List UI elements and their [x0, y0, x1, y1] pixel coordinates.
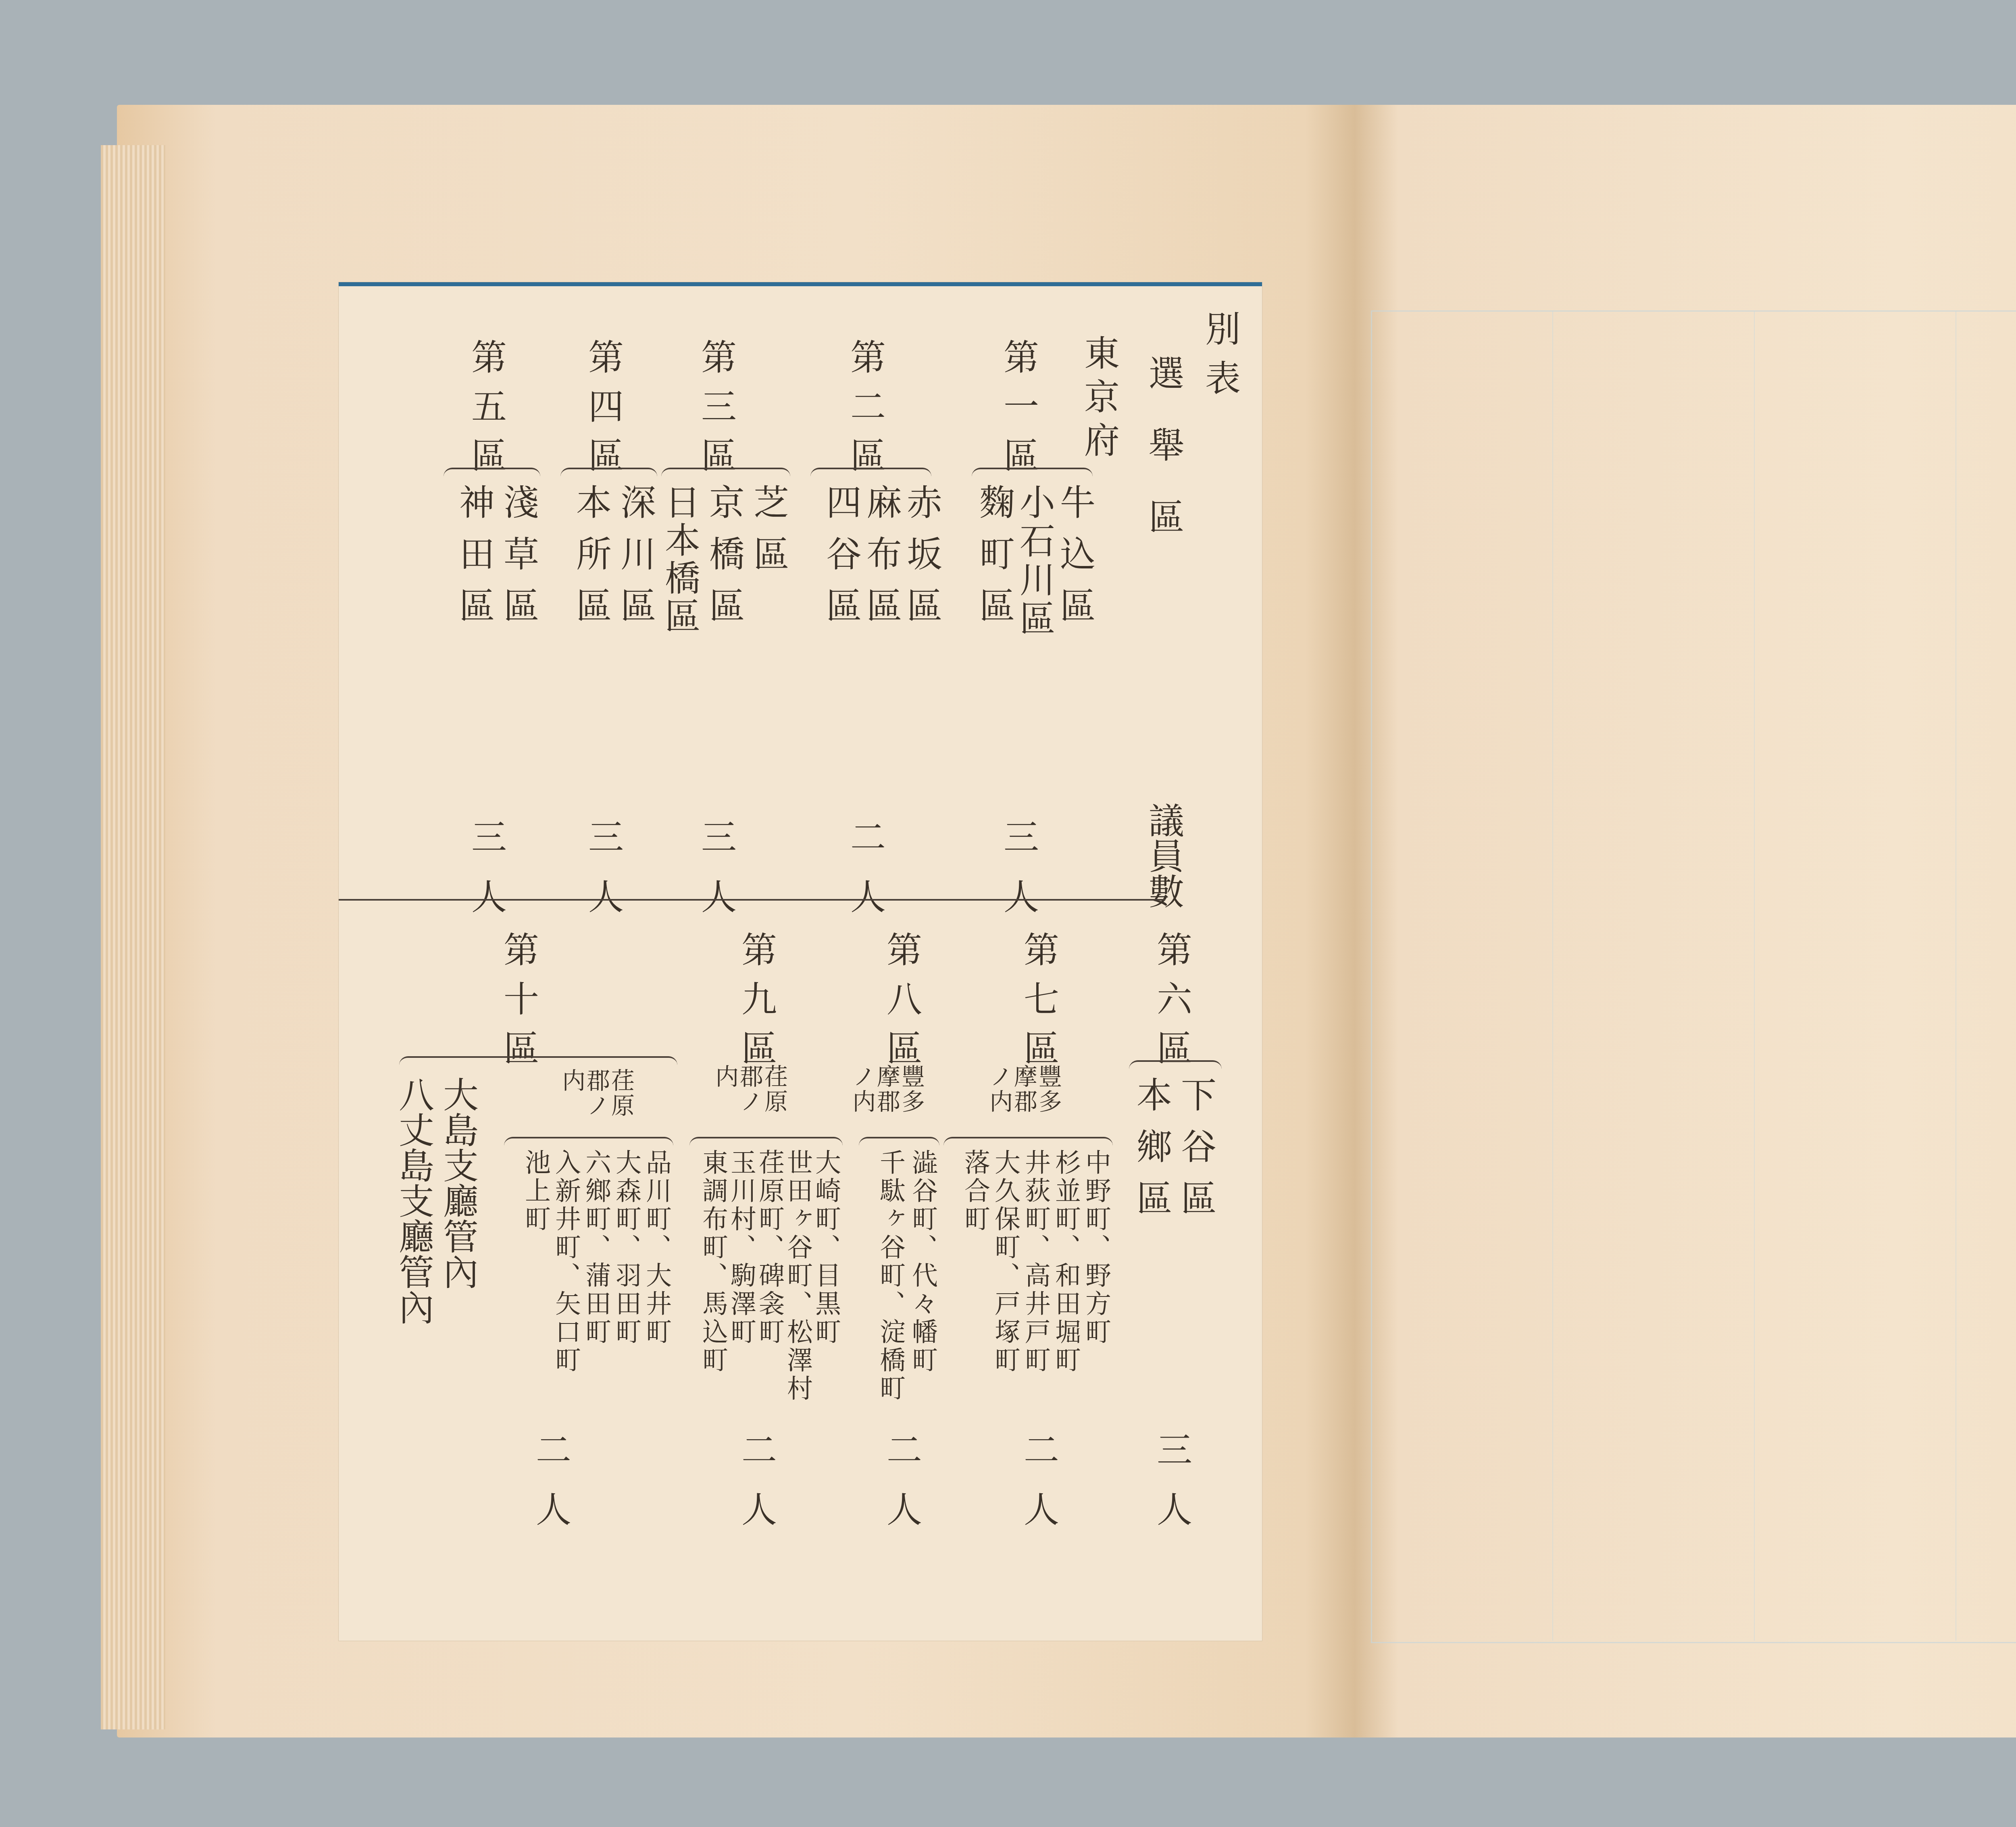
members-count: 三人: [1154, 1431, 1189, 1550]
district-name: 第一區: [1001, 339, 1036, 486]
area: 東調布町、馬込町: [700, 1149, 726, 1375]
ghost-rule: [1956, 310, 1956, 1641]
left-page-edges: [101, 145, 165, 1729]
area: 落合町: [962, 1149, 988, 1234]
area: 本所區: [573, 484, 609, 639]
open-book: 別表 選舉區 議員數 東京府 第一區 麴町區 小石川區 牛込區 三人 第二區 四…: [101, 97, 2016, 1750]
ghost-rule: [1754, 310, 1755, 1641]
area: 玉川村、駒澤町: [728, 1149, 754, 1346]
district-name: 第七區: [1021, 931, 1056, 1079]
brace: [972, 468, 1093, 477]
brace: [399, 1056, 677, 1065]
area: 日本橋區: [662, 484, 698, 635]
right-page-ghost-frame: [1371, 310, 2016, 1643]
area: 下谷區: [1178, 1076, 1214, 1231]
area: 世田ヶ谷町、松澤村: [785, 1149, 810, 1403]
district-name: 第九區: [739, 931, 774, 1079]
district-name: 第五區: [469, 339, 504, 486]
brace: [504, 1137, 673, 1146]
district-name: 第四區: [585, 339, 621, 486]
district-name: 第三區: [698, 339, 734, 486]
area: 牛込區: [1057, 484, 1093, 639]
prefecture-name: 東京府: [1081, 335, 1117, 465]
area: 池上町: [523, 1149, 548, 1234]
area: 杉並町、和田堀町: [1053, 1149, 1079, 1375]
county-name: 豐多摩郡ノ内: [850, 1064, 923, 1133]
header-district: 選舉區: [1146, 355, 1181, 570]
area: 赤坂區: [904, 484, 939, 639]
area: 入新井町、矢口町: [553, 1149, 579, 1375]
brace: [859, 1137, 939, 1146]
members-count: 二人: [533, 1431, 569, 1550]
district-name: 第六區: [1154, 931, 1189, 1079]
area: 淺草區: [501, 484, 536, 639]
members-count: 三人: [585, 818, 621, 938]
area: 深川區: [618, 484, 653, 639]
table-title: 別表: [1202, 310, 1238, 409]
area: 神田區: [456, 484, 492, 639]
area: 井荻町、高井戸町: [1023, 1149, 1048, 1375]
members-count: 三人: [1001, 818, 1036, 938]
district-name: 第八區: [884, 931, 919, 1079]
area: 六鄉町、蒲田町: [583, 1149, 609, 1346]
area: 千駄ヶ谷町、淀橋町: [877, 1149, 903, 1403]
area: 麻布區: [864, 484, 899, 639]
members-count: 二人: [884, 1431, 919, 1550]
ghost-rule: [1552, 310, 1553, 1641]
area: 澁谷町、代々幡町: [910, 1149, 935, 1375]
county-name: 荏原郡ノ内: [559, 1068, 633, 1137]
county-name: 荏原郡ノ内: [712, 1064, 786, 1133]
area: 中野町、野方町: [1083, 1149, 1109, 1346]
brace: [810, 468, 931, 477]
members-count: 二人: [848, 818, 883, 938]
table-divider: [339, 899, 1165, 901]
area: 大久保町、戸塚町: [992, 1149, 1018, 1375]
brace: [943, 1137, 1113, 1146]
area: 大森町、羽田町: [613, 1149, 639, 1346]
area: 八丈島支廳管內: [396, 1076, 431, 1325]
county-name: 豐多摩郡ノ内: [987, 1064, 1060, 1133]
district-name: 第二區: [848, 339, 883, 486]
members-count: 二人: [1021, 1431, 1056, 1550]
area: 京橋區: [706, 484, 742, 639]
header-members: 議員數: [1146, 802, 1181, 909]
brace: [560, 468, 657, 477]
area: 大崎町、目黒町: [813, 1149, 839, 1346]
brace: [689, 1137, 843, 1146]
area: 四谷區: [823, 484, 859, 639]
brace: [444, 468, 540, 477]
brace: [661, 468, 790, 477]
members-count: 二人: [739, 1431, 774, 1550]
area: 麴町區: [977, 484, 1012, 639]
brace: [1129, 1060, 1222, 1069]
area: 本鄉區: [1134, 1076, 1169, 1231]
members-count: 三人: [469, 818, 504, 938]
area: 小石川區: [1017, 484, 1052, 639]
area: 大島支廳管內: [440, 1076, 476, 1289]
area: 荏原町、碑衾町: [756, 1149, 782, 1346]
members-count: 三人: [698, 818, 734, 938]
area: 芝區: [751, 484, 786, 587]
area: 品川町、大井町: [644, 1149, 669, 1346]
pasted-table-slip: 別表 選舉區 議員數 東京府 第一區 麴町區 小石川區 牛込區 三人 第二區 四…: [339, 282, 1262, 1641]
